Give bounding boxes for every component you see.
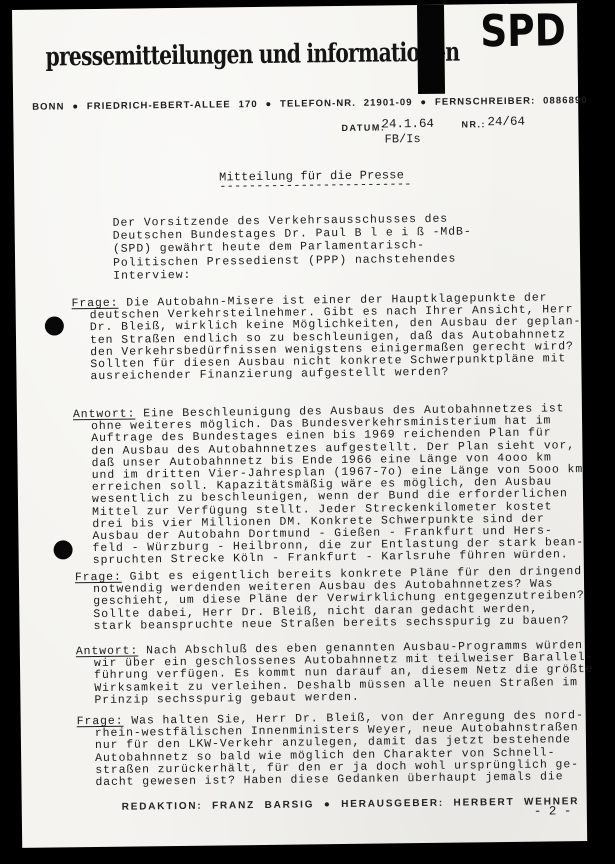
question-3-text: Was halten Sie, Herr Dr. Bleiß, von der … [95, 709, 584, 789]
answer-2-text: Nach Abschluß des eben genannten Ausbau-… [94, 639, 594, 707]
question-3: Frage: Was halten Sie, Herr Dr. Bleiß, v… [77, 710, 612, 790]
datum-ref: FB/Is [385, 132, 421, 146]
masthead-title: pressemitteilungen und informationen [45, 38, 459, 73]
spd-logo-bar [417, 5, 445, 94]
hole-punch-bottom [53, 540, 72, 559]
question-1-text: Die Autobahn-Misere ist einer der Hauptk… [90, 291, 582, 383]
document-title-underline: -------------------------- [219, 177, 412, 193]
answer-1-text: Eine Beschleunigung des Ausbaus des Auto… [91, 402, 584, 567]
nr-label: NR.: [461, 119, 486, 129]
answer-2: Antwort: Nach Abschluß des eben genannte… [76, 640, 611, 708]
datum-value: 24.1.64 [381, 117, 434, 132]
page-number: - 2 - [534, 804, 572, 818]
answer-1: Antwort: Eine Beschleunigung des Ausbaus… [73, 403, 609, 568]
question-2: Frage: Gibt es eigentlich bereits konkre… [75, 566, 610, 634]
hole-punch-top [45, 316, 64, 335]
question-1: Frage: Die Autobahn-Misere ist einer der… [72, 292, 607, 384]
datum-label: DATUM: [341, 122, 385, 133]
footer-credits: REDAKTION: FRANZ BARSIG ● HERAUSGEBER: H… [122, 796, 580, 813]
scanned-document-background: pressemitteilungen und informationen SPD… [0, 0, 615, 864]
intro-paragraph: Der Vorsitzende des Verkehrsausschusses … [113, 212, 534, 283]
spd-logo: SPD [480, 9, 566, 54]
question-2-text: Gibt es eigentlich bereits konkrete Plän… [93, 565, 585, 633]
address-line: BONN ● FRIEDRICH-EBERT-ALLEE 170 ● TELEF… [32, 95, 588, 113]
nr-value: 24/64 [487, 115, 525, 129]
document-page: pressemitteilungen und informationen SPD… [12, 3, 587, 848]
